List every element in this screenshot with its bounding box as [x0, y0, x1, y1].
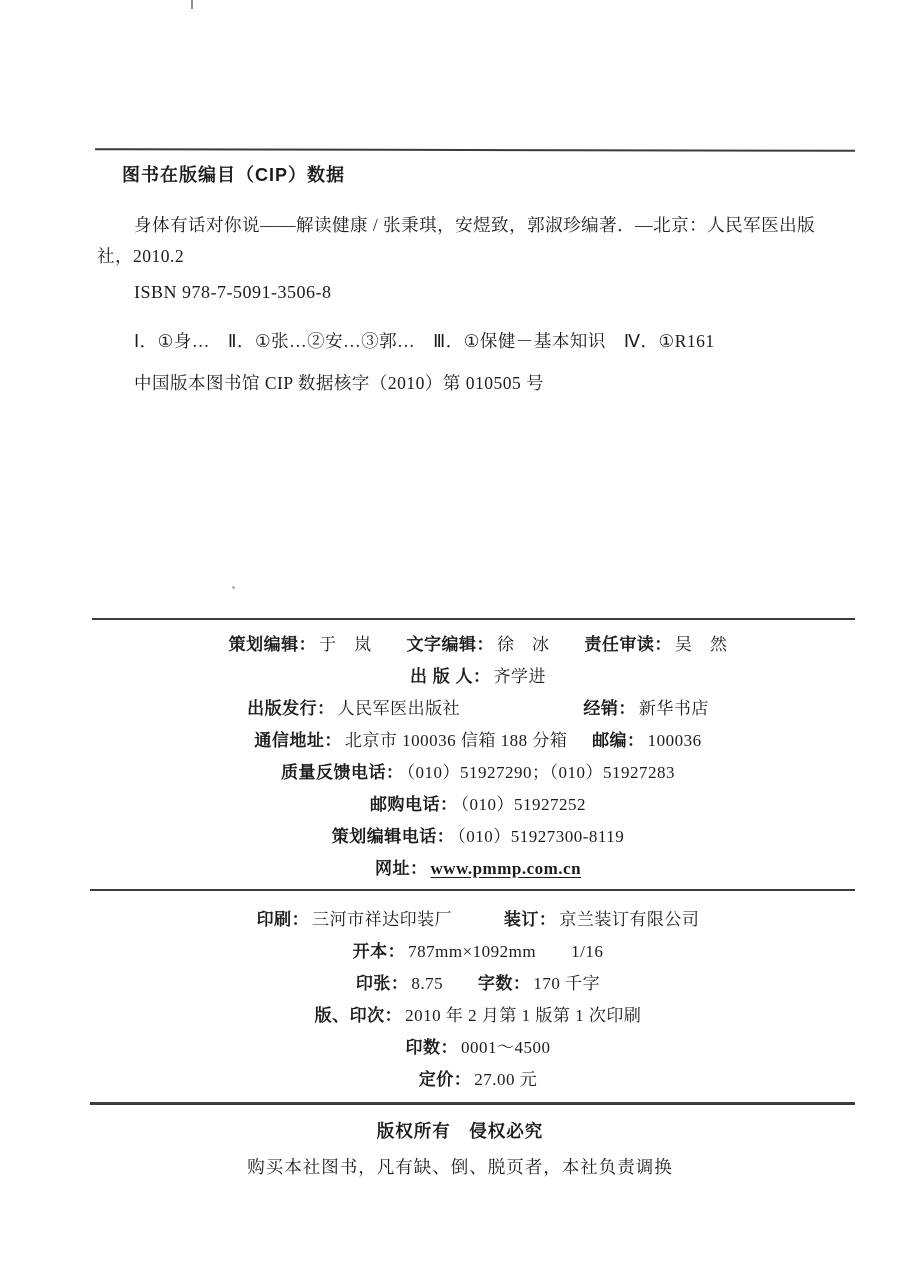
website: 网址：www.pmmp.com.cn	[375, 853, 581, 885]
book-format-value: 787mm×1092mm 1/16	[408, 942, 603, 961]
website-row: 网址：www.pmmp.com.cn	[48, 853, 908, 885]
publishing-info-section: 策划编辑：于 岚 文字编辑：徐 冰 责任审读：吴 然 出 版 人：齐学进 出版发…	[48, 629, 908, 885]
editors-row: 策划编辑：于 岚 文字编辑：徐 冰 责任审读：吴 然	[48, 629, 908, 661]
binder-label: 装订：	[504, 910, 557, 929]
publisher-person-value: 齐学进	[493, 667, 546, 686]
text-editor-value: 徐 冰	[497, 635, 550, 654]
binder: 装订：京兰装订有限公司	[504, 904, 700, 936]
word-count-value: 170 千字	[533, 974, 600, 993]
quality-phone-row: 质量反馈电话：（010）51927290；（010）51927283	[48, 757, 908, 789]
quality-feedback-phone: 质量反馈电话：（010）51927290；（010）51927283	[281, 757, 675, 789]
publisher-person: 出 版 人：齐学进	[410, 661, 546, 693]
quality-feedback-phone-label: 质量反馈电话：	[281, 763, 404, 782]
cip-heading: 图书在版编目（CIP）数据	[122, 162, 855, 188]
cip-registry-number: 中国版本图书馆 CIP 数据核字（2010）第 010505 号	[134, 370, 855, 396]
mail-order-phone-value: （010）51927252	[461, 795, 587, 814]
word-count: 字数：170 千字	[478, 968, 600, 1000]
print-run-value: 0001～4500	[461, 1038, 551, 1057]
planning-editor-phone-value: （010）51927300-8119	[457, 827, 624, 846]
postal-code: 邮编：100036	[592, 725, 702, 757]
mailing-address-label: 通信地址：	[254, 731, 342, 750]
printer-row: 印刷：三河市祥达印装厂 装订：京兰装订有限公司	[48, 904, 908, 936]
distributor-label: 经销：	[583, 699, 636, 718]
price-value: 27.00 元	[474, 1070, 537, 1089]
divider-footer	[90, 1102, 855, 1105]
isbn-number: ISBN 978-7-5091-3506-8	[134, 279, 855, 305]
proofreader-value: 吴 然	[675, 635, 728, 654]
word-count-label: 字数：	[478, 974, 531, 993]
publisher-label: 出版发行：	[247, 699, 335, 718]
planning-phone-row: 策划编辑电话：（010）51927300-8119	[48, 821, 908, 853]
text-editor-label: 文字编辑：	[407, 635, 495, 654]
printer: 印刷：三河市祥达印装厂	[257, 904, 453, 936]
planning-editor-phone: 策划编辑电话：（010）51927300-8119	[332, 821, 625, 853]
publisher-value: 人民军医出版社	[338, 699, 461, 718]
postal-code-value: 100036	[648, 731, 702, 750]
website-url: www.pmmp.com.cn	[430, 859, 581, 878]
price-label: 定价：	[419, 1070, 472, 1089]
print-run: 印数：0001～4500	[406, 1032, 551, 1064]
exchange-policy: 购买本社图书，凡有缺、倒、脱页者，本社负责调换	[12, 1149, 908, 1185]
distributor: 经销：新华书店	[583, 693, 709, 725]
binder-value: 京兰装订有限公司	[559, 910, 699, 929]
planning-editor: 策划编辑：于 岚	[229, 629, 372, 661]
book-format-label: 开本：	[353, 942, 406, 961]
edition-row: 版、印次：2010 年 2 月第 1 版第 1 次印刷	[48, 1000, 908, 1032]
print-run-label: 印数：	[406, 1038, 459, 1057]
scan-artifact-tick	[191, 0, 193, 9]
divider-publish	[92, 618, 855, 620]
edition-printing-value: 2010 年 2 月第 1 版第 1 次印刷	[405, 1006, 641, 1025]
format-row: 开本：787mm×1092mm 1/16	[48, 936, 908, 968]
publisher-row: 出版发行：人民军医出版社 经销：新华书店	[48, 693, 908, 725]
footer-section: 版权所有 侵权必究 购买本社图书，凡有缺、倒、脱页者，本社负责调换	[12, 1113, 908, 1185]
planning-editor-phone-label: 策划编辑电话：	[332, 827, 455, 846]
address-row: 通信地址：北京市 100036 信箱 188 分箱 邮编：100036	[48, 725, 908, 757]
printing-info-section: 印刷：三河市祥达印装厂 装订：京兰装订有限公司 开本：787mm×1092mm …	[48, 904, 908, 1096]
print-run-row: 印数：0001～4500	[48, 1032, 908, 1064]
price-row: 定价：27.00 元	[48, 1064, 908, 1096]
price: 定价：27.00 元	[419, 1064, 538, 1096]
proofreader: 责任审读：吴 然	[584, 629, 727, 661]
mailing-address: 通信地址：北京市 100036 信箱 188 分箱	[254, 725, 567, 757]
cip-classification: Ⅰ．①身… Ⅱ．①张…②安…③郭… Ⅲ．①保健－基本知识 Ⅳ．①R161	[134, 328, 855, 354]
cip-section: 图书在版编目（CIP）数据 身体有话对你说——解读健康 / 张秉琪，安煜致，郭淑…	[97, 149, 855, 396]
publisher-person-row: 出 版 人：齐学进	[48, 661, 908, 693]
distributor-value: 新华书店	[639, 699, 709, 718]
printer-label: 印刷：	[257, 910, 310, 929]
mail-order-phone-label: 邮购电话：	[370, 795, 458, 814]
printer-value: 三河市祥达印装厂	[312, 910, 452, 929]
divider-printing	[90, 889, 855, 891]
sheets-row: 印张：8.75 字数：170 千字	[48, 968, 908, 1000]
book-format: 开本：787mm×1092mm 1/16	[353, 936, 604, 968]
copyright-notice: 版权所有 侵权必究	[12, 1113, 908, 1149]
website-label: 网址：	[375, 859, 428, 878]
mail-order-phone: 邮购电话：（010）51927252	[370, 789, 586, 821]
printed-sheets-label: 印张：	[356, 974, 409, 993]
edition-printing-label: 版、印次：	[315, 1006, 403, 1025]
printed-sheets-value: 8.75	[411, 974, 443, 993]
postal-code-label: 邮编：	[592, 731, 645, 750]
edition-printing: 版、印次：2010 年 2 月第 1 版第 1 次印刷	[315, 1000, 642, 1032]
printed-sheets: 印张：8.75	[356, 968, 443, 1000]
cip-description-line2: 社，2010.2	[97, 243, 855, 269]
planning-editor-value: 于 岚	[319, 635, 372, 654]
cip-description-line1: 身体有话对你说——解读健康 / 张秉琪，安煜致，郭淑珍编著．—北京：人民军医出版	[97, 212, 855, 238]
quality-feedback-phone-value: （010）51927290；（010）51927283	[407, 763, 676, 782]
text-editor: 文字编辑：徐 冰	[407, 629, 550, 661]
planning-editor-label: 策划编辑：	[229, 635, 317, 654]
mail-order-phone-row: 邮购电话：（010）51927252	[48, 789, 908, 821]
proofreader-label: 责任审读：	[584, 635, 672, 654]
mailing-address-value: 北京市 100036 信箱 188 分箱	[345, 731, 568, 750]
publisher-person-label: 出 版 人：	[410, 667, 490, 686]
publisher: 出版发行：人民军医出版社	[247, 693, 460, 725]
scan-artifact-dot	[232, 586, 235, 589]
